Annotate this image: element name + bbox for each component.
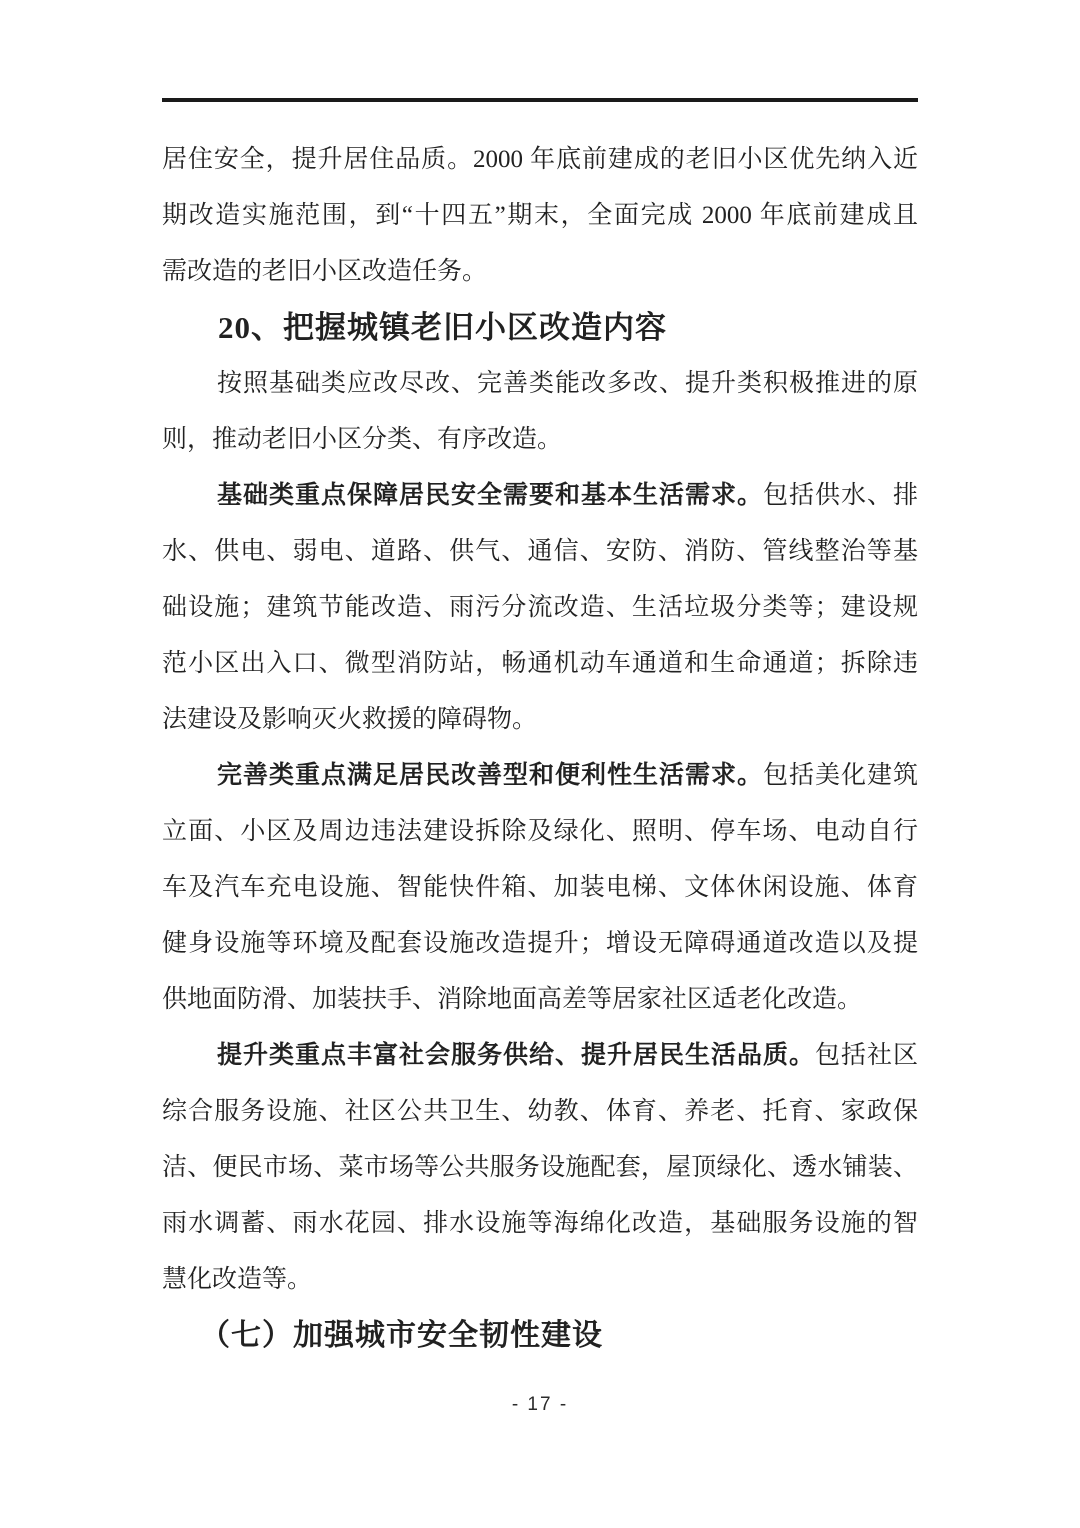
text-line: 洁、便民市场、菜市场等公共服务设施配套，屋顶绿化、透水铺装、	[162, 1140, 918, 1196]
text-segment: 车及汽车充电设施、智能快件箱、加装电梯、文体休闲设施、体育	[162, 874, 918, 901]
numbered-heading: 20、把握城镇老旧小区改造内容	[162, 300, 918, 356]
text-line: 提升类重点丰富社会服务供给、提升居民生活品质。包括社区	[162, 1028, 918, 1084]
paragraph: 基础类重点保障居民安全需要和基本生活需求。包括供水、排水、供电、弱电、道路、供气…	[162, 468, 918, 748]
text-segment: 础设施；建筑节能改造、雨污分流改造、生活垃圾分类等；建设规	[162, 594, 918, 621]
text-line: 立面、小区及周边违法建设拆除及绿化、照明、停车场、电动自行	[162, 804, 918, 860]
text-line: 20、把握城镇老旧小区改造内容	[162, 300, 918, 356]
text-segment: 包括美化建筑	[763, 762, 918, 789]
bold-lead-segment: 完善类重点满足居民改善型和便利性生活需求。	[217, 762, 763, 789]
paragraph: 完善类重点满足居民改善型和便利性生活需求。包括美化建筑立面、小区及周边违法建设拆…	[162, 748, 918, 1028]
text-segment: 期改造实施范围，到“十四五”期末，全面完成 2000 年底前建成且	[162, 202, 918, 229]
text-line: 居住安全，提升居住品质。2000 年底前建成的老旧小区优先纳入近	[162, 132, 918, 188]
page-number: - 17 -	[512, 1380, 568, 1430]
text-segment: 洁、便民市场、菜市场等公共服务设施配套，屋顶绿化、透水铺装、	[162, 1154, 918, 1181]
text-segment: 雨水调蓄、雨水花园、排水设施等海绵化改造，基础服务设施的智	[162, 1210, 918, 1237]
text-line: 雨水调蓄、雨水花园、排水设施等海绵化改造，基础服务设施的智	[162, 1196, 918, 1252]
page-footer: - 17 -	[162, 1380, 918, 1430]
text-segment: 包括社区	[815, 1042, 918, 1069]
text-line: 按照基础类应改尽改、完善类能改多改、提升类积极推进的原	[162, 356, 918, 412]
text-line: 健身设施等环境及配套设施改造提升；增设无障碍通道改造以及提	[162, 916, 918, 972]
text-segment: 包括供水、排	[763, 482, 918, 509]
text-line: 完善类重点满足居民改善型和便利性生活需求。包括美化建筑	[162, 748, 918, 804]
text-segment: 法建设及影响灭火救援的障碍物。	[162, 706, 537, 733]
text-line: （七）加强城市安全韧性建设	[162, 1308, 918, 1364]
document-body: 居住安全，提升居住品质。2000 年底前建成的老旧小区优先纳入近期改造实施范围，…	[162, 132, 918, 1364]
text-segment: 居住安全，提升居住品质。2000 年底前建成的老旧小区优先纳入近	[162, 146, 918, 173]
text-segment: 供地面防滑、加装扶手、消除地面高差等居家社区适老化改造。	[162, 986, 862, 1013]
document-page: 居住安全，提升居住品质。2000 年底前建成的老旧小区优先纳入近期改造实施范围，…	[0, 0, 1080, 1528]
text-line: 范小区出入口、微型消防站，畅通机动车通道和生命通道；拆除违	[162, 636, 918, 692]
paragraph: 按照基础类应改尽改、完善类能改多改、提升类积极推进的原则，推动老旧小区分类、有序…	[162, 356, 918, 468]
text-segment: 则，推动老旧小区分类、有序改造。	[162, 426, 562, 453]
text-segment: 综合服务设施、社区公共卫生、幼教、体育、养老、托育、家政保	[162, 1098, 918, 1125]
text-line: 则，推动老旧小区分类、有序改造。	[162, 412, 918, 468]
text-segment: 水、供电、弱电、道路、供气、通信、安防、消防、管线整治等基	[162, 538, 918, 565]
text-line: 需改造的老旧小区改造任务。	[162, 244, 918, 300]
text-line: 慧化改造等。	[162, 1252, 918, 1308]
text-segment: 按照基础类应改尽改、完善类能改多改、提升类积极推进的原	[217, 370, 918, 397]
text-segment: 20、把握城镇老旧小区改造内容	[218, 310, 667, 345]
section-heading: （七）加强城市安全韧性建设	[162, 1308, 918, 1364]
text-line: 供地面防滑、加装扶手、消除地面高差等居家社区适老化改造。	[162, 972, 918, 1028]
paragraph: 居住安全，提升居住品质。2000 年底前建成的老旧小区优先纳入近期改造实施范围，…	[162, 132, 918, 300]
text-line: 综合服务设施、社区公共卫生、幼教、体育、养老、托育、家政保	[162, 1084, 918, 1140]
text-segment: 范小区出入口、微型消防站，畅通机动车通道和生命通道；拆除违	[162, 650, 918, 677]
header-rule	[162, 98, 918, 102]
text-segment: 立面、小区及周边违法建设拆除及绿化、照明、停车场、电动自行	[162, 818, 918, 845]
text-line: 期改造实施范围，到“十四五”期末，全面完成 2000 年底前建成且	[162, 188, 918, 244]
paragraph: 提升类重点丰富社会服务供给、提升居民生活品质。包括社区综合服务设施、社区公共卫生…	[162, 1028, 918, 1308]
text-line: 水、供电、弱电、道路、供气、通信、安防、消防、管线整治等基	[162, 524, 918, 580]
text-line: 法建设及影响灭火救援的障碍物。	[162, 692, 918, 748]
text-segment: 需改造的老旧小区改造任务。	[162, 258, 487, 285]
text-line: 础设施；建筑节能改造、雨污分流改造、生活垃圾分类等；建设规	[162, 580, 918, 636]
text-segment: 慧化改造等。	[162, 1266, 312, 1293]
text-line: 基础类重点保障居民安全需要和基本生活需求。包括供水、排	[162, 468, 918, 524]
text-segment: 健身设施等环境及配套设施改造提升；增设无障碍通道改造以及提	[162, 930, 918, 957]
bold-lead-segment: 提升类重点丰富社会服务供给、提升居民生活品质。	[217, 1042, 815, 1069]
text-segment: （七）加强城市安全韧性建设	[200, 1319, 603, 1352]
bold-lead-segment: 基础类重点保障居民安全需要和基本生活需求。	[217, 482, 763, 509]
text-line: 车及汽车充电设施、智能快件箱、加装电梯、文体休闲设施、体育	[162, 860, 918, 916]
